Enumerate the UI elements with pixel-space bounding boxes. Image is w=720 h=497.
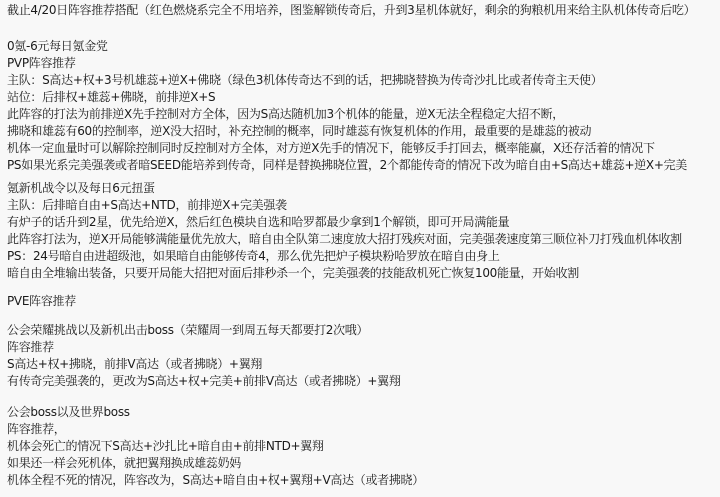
- text-line: 站位：后排权+雄蕊+佛晓，前排逆X+S: [7, 89, 215, 105]
- text-line: 阵容推荐: [7, 339, 54, 355]
- text-line: 有传奇完美强袭的，更改为S高达+权+完美+前排V高达（或者拂晓）+翼翔: [7, 373, 401, 389]
- text-line: PS如果光系完美强袭或者暗SEED能培养到传奇，同样是替换拂晓位置，2个都能传奇…: [7, 157, 687, 173]
- text-line: PS：24号暗自由进超级池，如果暗自由能够传奇4，那么优先把炉子模块粉哈罗放在暗…: [7, 248, 500, 264]
- text-line: S高达+权+拂晓，前排V高达（或者拂晓）+翼翔: [7, 356, 262, 372]
- text-line: 此阵容的打法为前排逆X先手控制对方全体，因为S高达随机加3个机体的能量，逆X无法…: [7, 106, 564, 122]
- text-line: 拂晓和雄蕊有60的控制率，逆X没大招时，补充控制的概率，同时雄蕊有恢复机体的作用…: [7, 123, 591, 139]
- text-line: 阵容推荐，: [7, 421, 66, 437]
- section-heading: 公会荣耀挑战以及新机出击boss（荣耀周一到周五每天都要打2次哦）: [7, 322, 368, 338]
- document-title: 截止4/20日阵容推荐搭配（红色燃烧系完全不用培养，图鉴解锁传奇后，升到3星机体…: [7, 2, 695, 18]
- text-line: 此阵容打法为，逆X开局能够满能量优先放大，暗自由全队第二速度放大招打残疾对面，完…: [7, 231, 682, 247]
- document-page: 截止4/20日阵容推荐搭配（红色燃烧系完全不用培养，图鉴解锁传奇后，升到3星机体…: [0, 0, 720, 497]
- text-line: PVP阵容推荐: [7, 55, 76, 71]
- text-line: 有炉子的话升到2星，优先给逆X，然后红色模块自选和哈罗都最少拿到1个解锁，即可开…: [7, 214, 509, 230]
- text-line: 主队：S高达+权+3号机雄蕊+逆X+佛晓（绿色3机体传奇达不到的话，把拂晓替换为…: [7, 72, 602, 88]
- text-line: 主队：后排暗自由+S高达+NTD，前排逆X+完美强袭: [7, 197, 287, 213]
- section-heading: 氪新机战令以及每日6元扭蛋: [7, 180, 155, 196]
- section-heading: 公会boss以及世界boss: [7, 404, 130, 420]
- text-line: 机体全程不死的情况，阵容改为，S高达+暗自由+权+翼翔+V高达（或者拂晓）: [7, 472, 424, 488]
- text-line: 暗自由全堆输出装备，只要开局能大招把对面后排秒杀一个，完美强袭的技能敌机死亡恢复…: [7, 265, 579, 281]
- section-heading: PVE阵容推荐: [7, 293, 76, 309]
- text-line: 机体会死亡的情况下S高达+沙扎比+暗自由+前排NTD+翼翔: [7, 438, 324, 454]
- section-heading: 0氪-6元每日氪金党: [7, 38, 108, 54]
- text-line: 如果还一样会死机体，就把翼翔换成雄蕊奶妈: [7, 455, 241, 471]
- text-line: 机体一定血量时可以解除控制同时反控制对方全体，对方逆X先手的情况下，能够反手打回…: [7, 140, 655, 156]
